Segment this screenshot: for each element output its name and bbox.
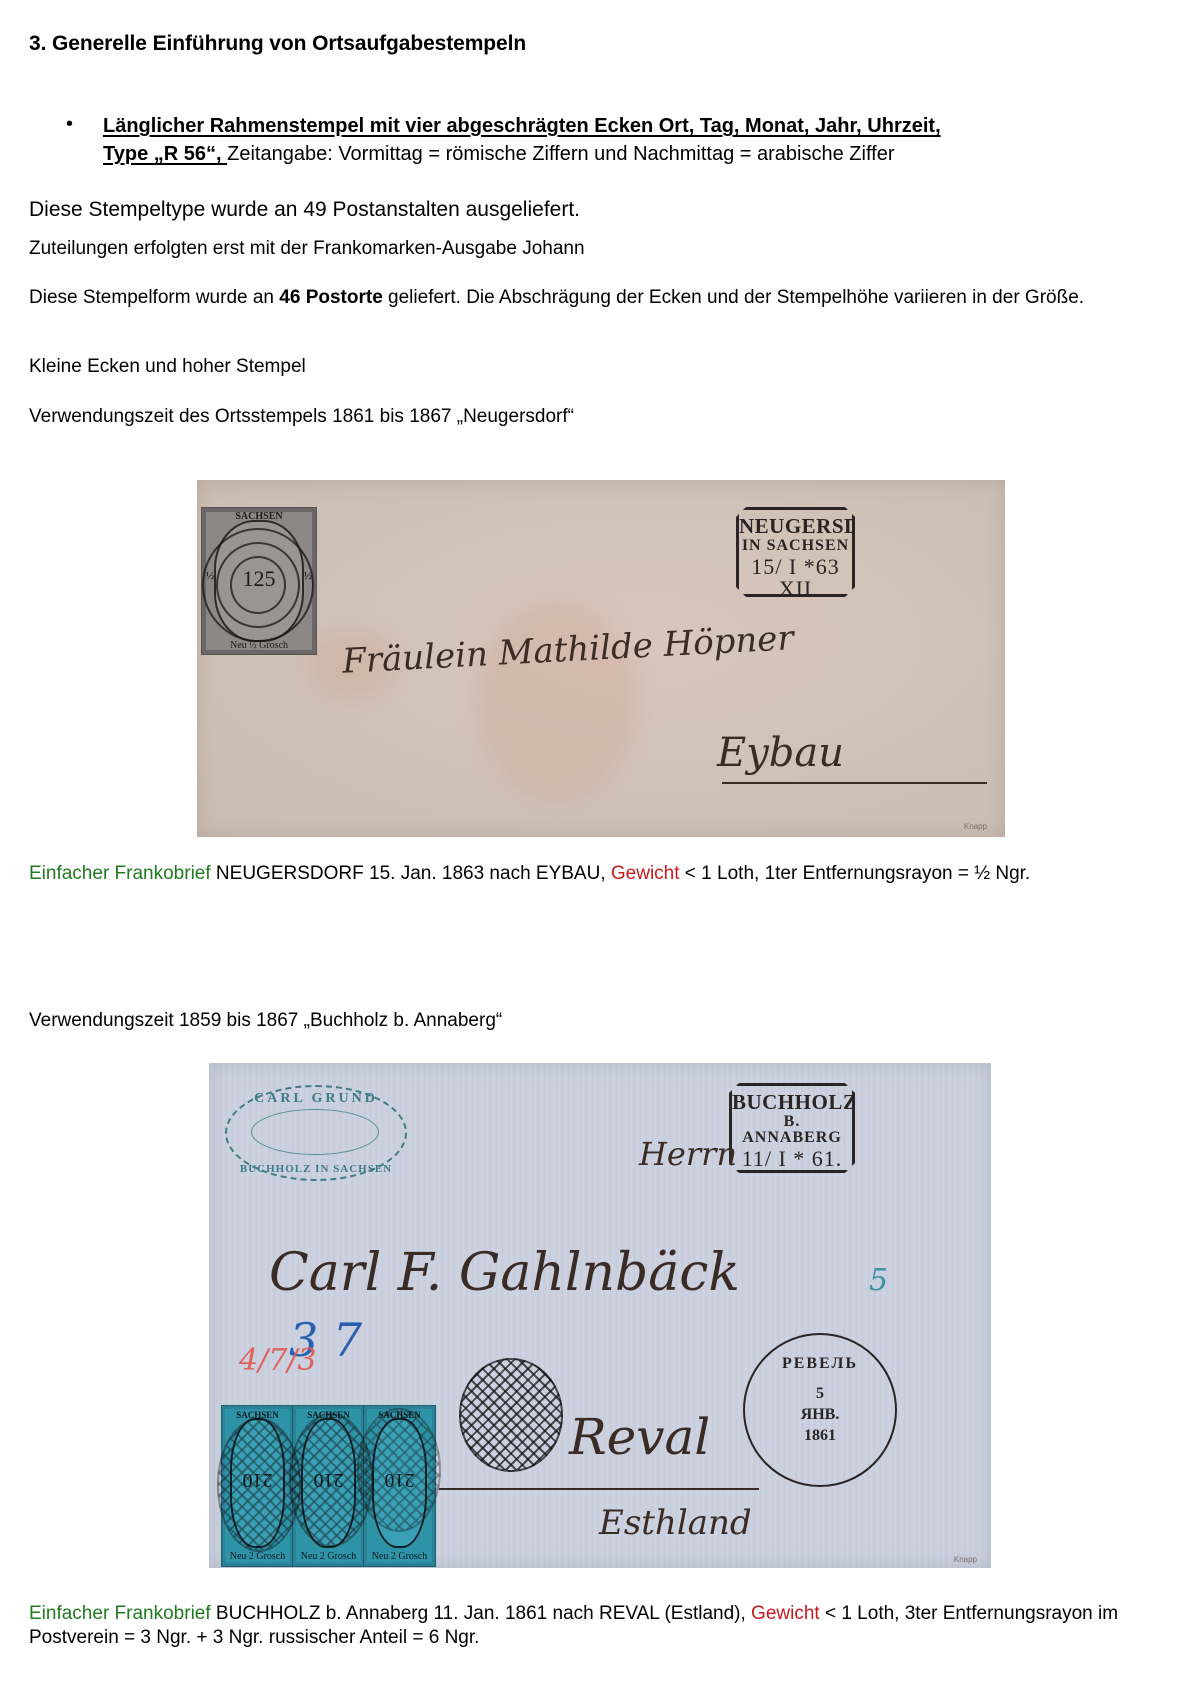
paragraph-usage-buchholz: Verwendungszeit 1859 bis 1867 „Buchholz …	[29, 1009, 1169, 1033]
weight-label: Gewicht	[751, 1603, 820, 1624]
bullet-symbol: •	[66, 113, 73, 136]
postmark-line1: BUCHHOLZ	[732, 1092, 852, 1113]
type-label: Type „R 56“,	[103, 143, 227, 165]
paragraph-small-corners: Kleine Ecken und hoher Stempel	[29, 355, 1169, 379]
caption-neugersdorf: Einfacher Frankobrief NEUGERSDORF 15. Ja…	[29, 862, 1169, 886]
sender-location: BUCHHOLZ IN SACHSEN	[227, 1163, 405, 1175]
postmark-line2: IN SACHSEN	[739, 538, 852, 554]
paragraph-delivered: Diese Stempeltype wurde an 49 Postanstal…	[29, 198, 1169, 222]
stamp-denomination: Neu 2 Grosch	[222, 1551, 293, 1562]
arrival-day: 5	[745, 1383, 895, 1404]
section-heading: 3. Generelle Einführung von Ortsaufgabes…	[29, 32, 526, 56]
address-country: Esthland	[599, 1503, 752, 1543]
letter-type: Einfacher Frankobrief	[29, 863, 211, 884]
caption-buchholz: Einfacher Frankobrief BUCHHOLZ b. Annabe…	[29, 1602, 1169, 1650]
arrival-month: ЯНВ.	[745, 1404, 895, 1425]
red-manuscript-mark: 4/7/3	[239, 1343, 316, 1378]
address-city: Eybau	[717, 730, 844, 776]
time-notation: Zeitangabe: Vormittag = römische Ziffern…	[227, 143, 894, 165]
address-city: Reval	[569, 1408, 710, 1466]
postorte-count: 46 Postorte	[279, 287, 382, 308]
cover-buchholz-image: CARL GRUND BUCHHOLZ IN SACHSEN BUCHHOLZ …	[209, 1063, 991, 1568]
postmark-neugersdorf: NEUGERSDORF IN SACHSEN 15/ I *63 XII	[736, 507, 855, 597]
weight-label: Gewicht	[611, 863, 680, 884]
postmark-line2: B. ANNABERG	[732, 1114, 852, 1146]
cover-neugersdorf-image: SACHSEN ½ ½ 125 Neu ½ Grosch NEUGERSDORF…	[197, 480, 1005, 837]
postmark-line3: 15/ I *63 XII	[739, 556, 852, 600]
paragraph-allocation: Zuteilungen erfolgten erst mit der Frank…	[29, 237, 1169, 261]
address-recipient: Carl F. Gahlnbäck	[269, 1243, 740, 1303]
arrival-postmark-reval: РЕВЕЛЬ 5ЯНВ.1861	[743, 1333, 897, 1487]
address-salutation: Herrn	[639, 1135, 737, 1173]
stamp-country: SACHSEN	[202, 511, 316, 522]
arrival-year: 1861	[745, 1425, 895, 1446]
postmark-line3: 11/ I * 61. XII	[732, 1148, 852, 1192]
stamp-denomination: Neu 2 Grosch	[293, 1551, 364, 1562]
stamp-half-neugroschen: SACHSEN ½ ½ 125 Neu ½ Grosch	[201, 507, 317, 655]
sender-oval-stamp: CARL GRUND BUCHHOLZ IN SACHSEN	[225, 1085, 407, 1181]
postmark-line1: NEUGERSDORF	[739, 516, 852, 537]
letter-type: Einfacher Frankobrief	[29, 1603, 211, 1624]
bullet-title-line1: Länglicher Rahmenstempel mit vier abgesc…	[103, 115, 941, 138]
text: BUCHHOLZ b. Annaberg 11. Jan. 1861 nach …	[211, 1603, 751, 1624]
paragraph-usage-neugersdorf: Verwendungszeit des Ortsstempels 1861 bi…	[29, 405, 1169, 429]
text: < 1 Loth, 1ter Entfernungsrayon = ½ Ngr.	[680, 863, 1031, 884]
text: NEUGERSDORF 15. Jan. 1863 nach EYBAU,	[211, 863, 611, 884]
postmark-buchholz: BUCHHOLZ B. ANNABERG 11/ I * 61. XII	[729, 1083, 855, 1173]
arrival-date: 5ЯНВ.1861	[745, 1383, 895, 1446]
text: geliefert. Die Abschrägung der Ecken und…	[383, 287, 1084, 308]
teal-manuscript-mark: 5	[869, 1263, 888, 1298]
stamp-denomination: Neu 2 Grosch	[364, 1551, 435, 1562]
sender-name: CARL GRUND	[227, 1091, 405, 1107]
maker-mark: Knapp	[954, 1555, 977, 1564]
maker-mark: Knapp	[964, 822, 987, 831]
arrival-city: РЕВЕЛЬ	[745, 1355, 895, 1373]
text: Diese Stempelform wurde an	[29, 287, 279, 308]
bullet-title-line2: Type „R 56“, Zeitangabe: Vormittag = röm…	[103, 143, 895, 166]
paragraph-stamp-form: Diese Stempelform wurde an 46 Postorte g…	[29, 286, 1169, 310]
